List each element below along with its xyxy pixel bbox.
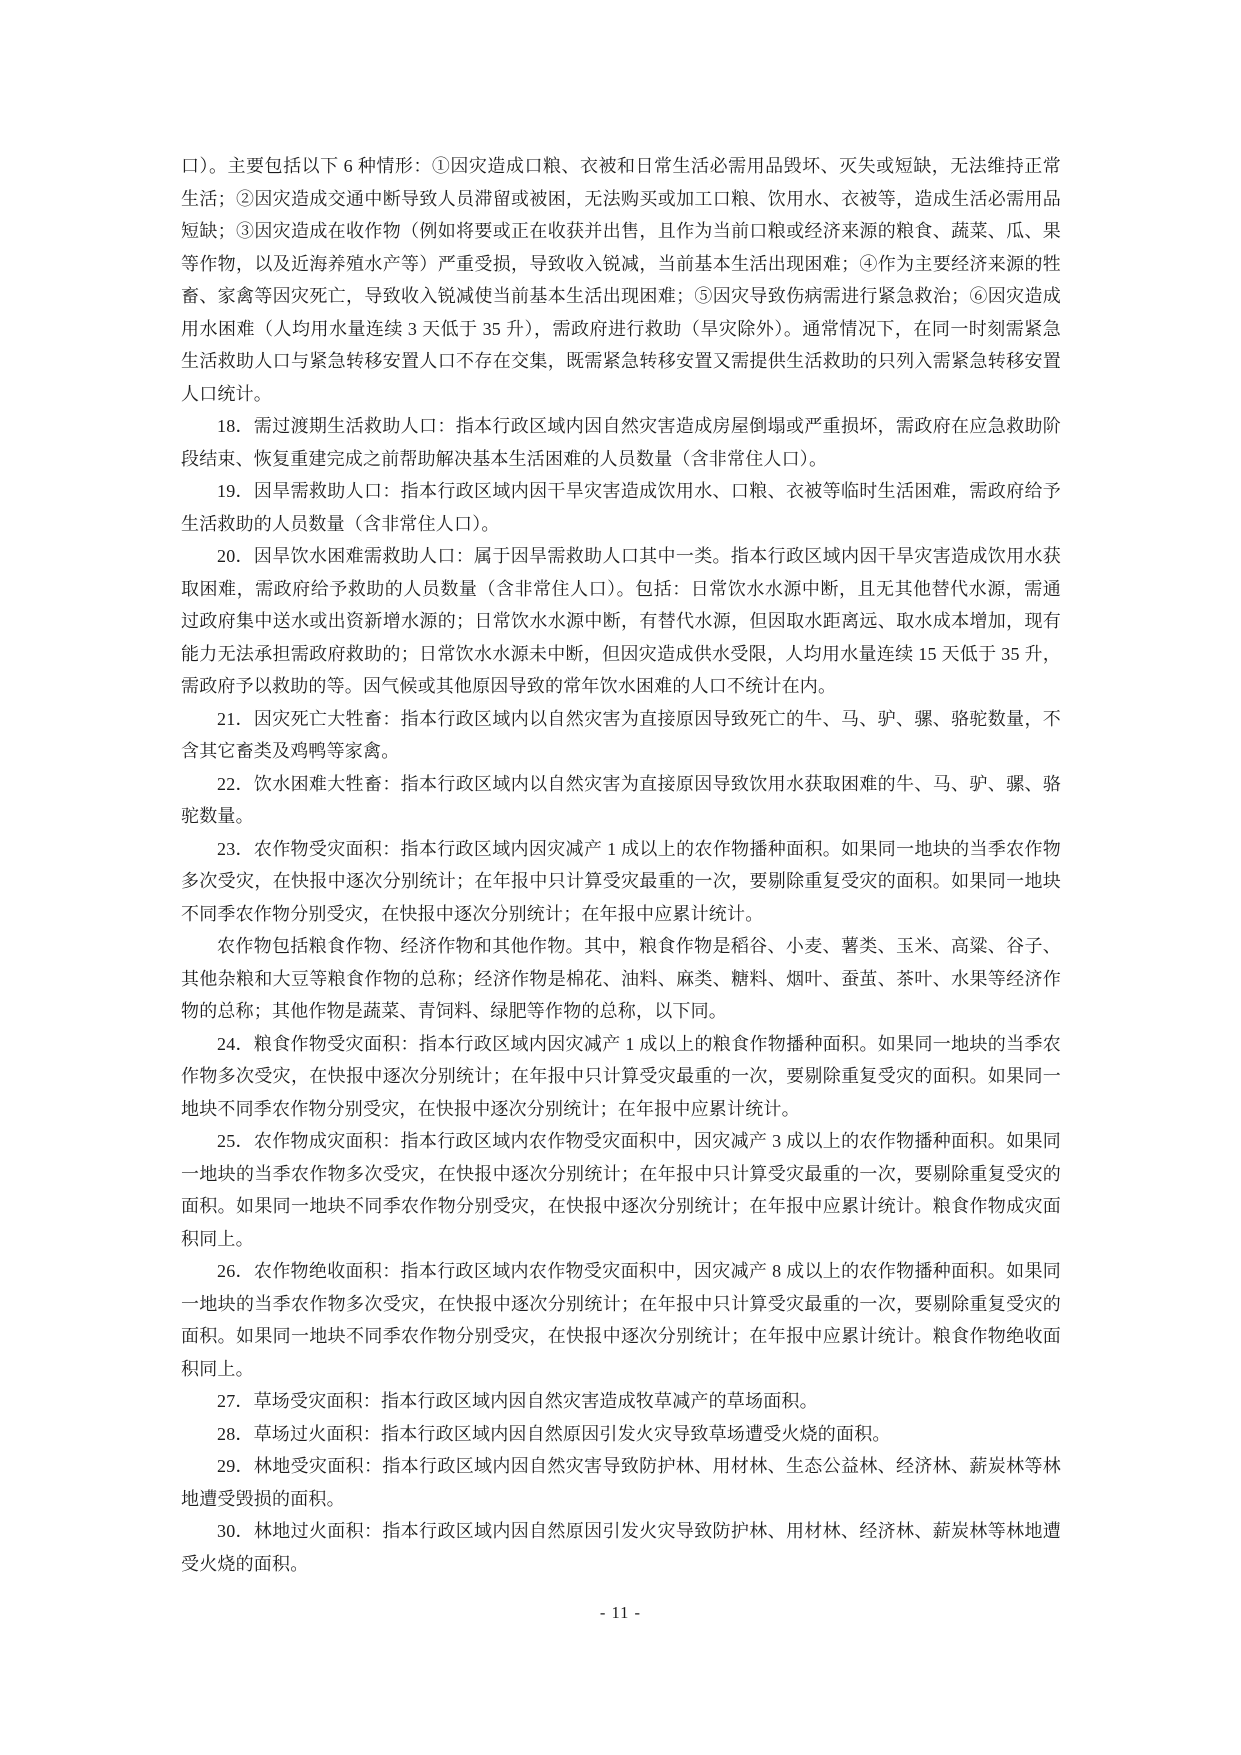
paragraph-item-21: 21．因灾死亡大牲畜：指本行政区域内以自然灾害为直接原因导致死亡的牛、马、驴、骡… [181,703,1061,768]
paragraph-item-19: 19．因旱需救助人口：指本行政区域内因干旱灾害造成饮用水、口粮、衣被等临时生活困… [181,475,1061,540]
paragraph-item-22: 22．饮水困难大牲畜：指本行政区域内以自然灾害为直接原因导致饮用水获取困难的牛、… [181,768,1061,833]
page-number: - 11 - [600,1603,641,1622]
paragraph-item-30: 30．林地过火面积：指本行政区域内因自然原因引发火灾导致防护林、用材林、经济林、… [181,1515,1061,1580]
paragraph-item-18: 18．需过渡期生活救助人口：指本行政区域内因自然灾害造成房屋倒塌或严重损坏，需政… [181,410,1061,475]
paragraph-intro-continuation: 口）。主要包括以下 6 种情形：①因灾造成口粮、衣被和日常生活必需用品毁坏、灭失… [181,150,1061,410]
paragraph-item-20: 20．因旱饮水困难需救助人口：属于因旱需救助人口其中一类。指本行政区域内因干旱灾… [181,540,1061,703]
paragraph-item-24: 24．粮食作物受灾面积：指本行政区域内因灾减产 1 成以上的粮食作物播种面积。如… [181,1028,1061,1126]
paragraph-item-28: 28．草场过火面积：指本行政区域内因自然原因引发火灾导致草场遭受火烧的面积。 [181,1418,1061,1451]
paragraph-item-23: 23．农作物受灾面积：指本行政区域内因灾减产 1 成以上的农作物播种面积。如果同… [181,833,1061,931]
paragraph-item-25: 25．农作物成灾面积：指本行政区域内农作物受灾面积中，因灾减产 3 成以上的农作… [181,1125,1061,1255]
paragraph-item-23-note: 农作物包括粮食作物、经济作物和其他作物。其中，粮食作物是稻谷、小麦、薯类、玉米、… [181,930,1061,1028]
paragraph-item-29: 29．林地受灾面积：指本行政区域内因自然灾害导致防护林、用材林、生态公益林、经济… [181,1450,1061,1515]
document-scan-page: { "document": { "language": "zh-CN", "pa… [0,0,1241,1755]
document-body: 口）。主要包括以下 6 种情形：①因灾造成口粮、衣被和日常生活必需用品毁坏、灭失… [0,0,1241,1580]
paragraph-item-26: 26．农作物绝收面积：指本行政区域内农作物受灾面积中，因灾减产 8 成以上的农作… [181,1255,1061,1385]
paragraph-item-27: 27．草场受灾面积：指本行政区域内因自然灾害造成牧草减产的草场面积。 [181,1385,1061,1418]
page-footer: - 11 - [0,1603,1241,1623]
